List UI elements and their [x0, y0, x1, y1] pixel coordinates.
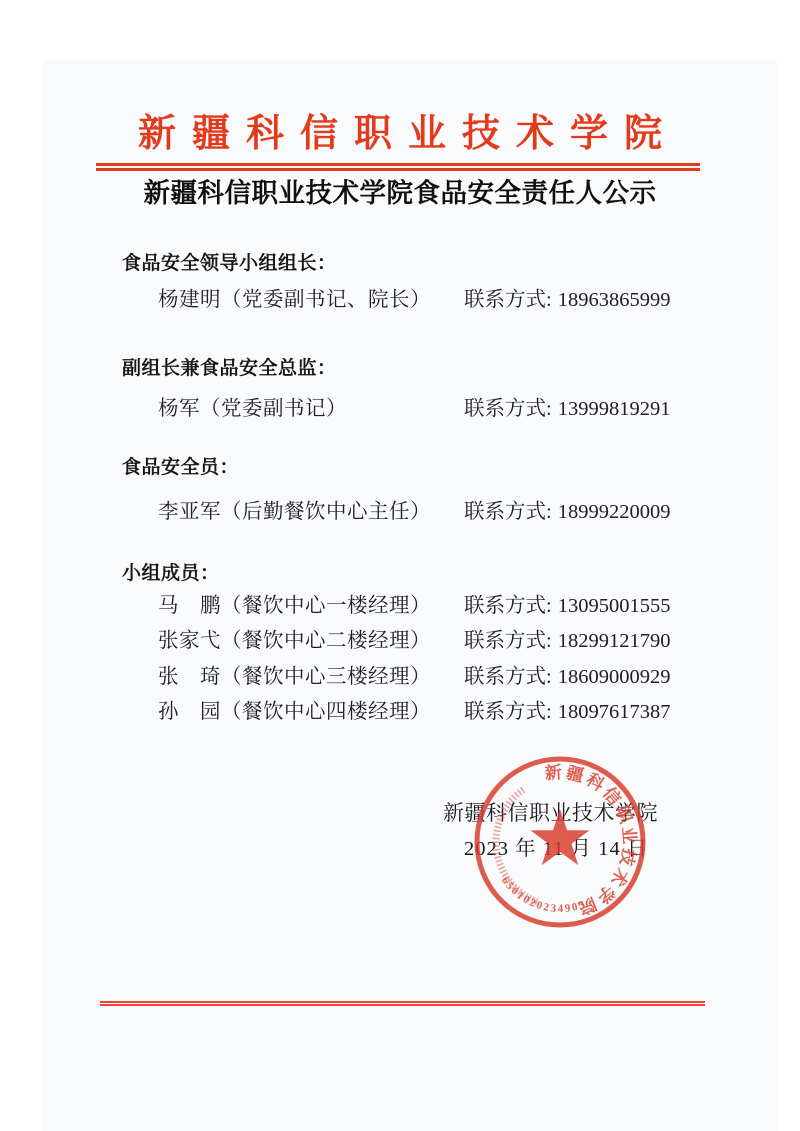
person-name: 张 琦（餐饮中心三楼经理） [158, 664, 431, 690]
contact-label: 联系方式: [464, 666, 552, 688]
person-name: 马 鹏（餐饮中心一楼经理） [158, 593, 431, 619]
seal-star-icon [531, 809, 590, 865]
person-name: 张家弋（餐饮中心二楼经理） [158, 628, 431, 654]
bottom-rule [100, 1001, 705, 1003]
table-row: 张 琦（餐饮中心三楼经理） 联系方式:18609000929 [0, 664, 800, 690]
college-red-masthead: 新疆科信职业技术学院 [0, 112, 800, 156]
table-row: 李亚军（后勤餐饮中心主任） 联系方式:18999220009 [0, 499, 800, 525]
phone-number: 18963865999 [558, 289, 671, 311]
person-name: 李亚军（后勤餐饮中心主任） [158, 499, 431, 525]
contact-label: 联系方式: [464, 501, 552, 523]
contact: 联系方式:13999819291 [464, 396, 670, 422]
phone-number: 18609000929 [558, 666, 671, 688]
masthead-double-rule [96, 163, 700, 166]
contact: 联系方式:18299121790 [464, 628, 670, 654]
phone-number: 18299121790 [558, 630, 671, 652]
section-heading-safety-officer: 食品安全员： [122, 456, 239, 480]
phone-number: 13999819291 [558, 398, 671, 420]
contact: 联系方式:18609000929 [464, 664, 670, 690]
person-name: 杨建明（党委副书记、院长） [158, 287, 431, 313]
contact: 联系方式:18963865999 [464, 287, 670, 313]
phone-number: 18999220009 [558, 501, 671, 523]
contact: 联系方式:13095001555 [464, 593, 670, 619]
phone-number: 13095001555 [558, 595, 671, 617]
phone-number: 18097617387 [558, 701, 671, 723]
section-heading-deputy: 副组长兼食品安全总监： [122, 357, 337, 381]
section-heading-leader: 食品安全领导小组组长： [122, 252, 337, 276]
contact-label: 联系方式: [464, 630, 552, 652]
section-heading-members: 小组成员： [122, 562, 220, 586]
person-name: 杨军（党委副书记） [158, 396, 347, 422]
table-row: 杨军（党委副书记） 联系方式:13999819291 [0, 396, 800, 422]
contact-label: 联系方式: [464, 398, 552, 420]
contact-label: 联系方式: [464, 701, 552, 723]
official-seal: 新疆科信职业技术学院 6501020234903 [468, 750, 652, 934]
contact: 联系方式:18097617387 [464, 699, 670, 725]
table-row: 张家弋（餐饮中心二楼经理） 联系方式:18299121790 [0, 628, 800, 654]
contact-label: 联系方式: [464, 595, 552, 617]
table-row: 马 鹏（餐饮中心一楼经理） 联系方式:13095001555 [0, 593, 800, 619]
table-row: 孙 园（餐饮中心四楼经理） 联系方式:18097617387 [0, 699, 800, 725]
table-row: 杨建明（党委副书记、院长） 联系方式:18963865999 [0, 287, 800, 313]
contact: 联系方式:18999220009 [464, 499, 670, 525]
person-name: 孙 园（餐饮中心四楼经理） [158, 699, 431, 725]
doc-title: 新疆科信职业技术学院食品安全责任人公示 [0, 176, 800, 210]
contact-label: 联系方式: [464, 289, 552, 311]
